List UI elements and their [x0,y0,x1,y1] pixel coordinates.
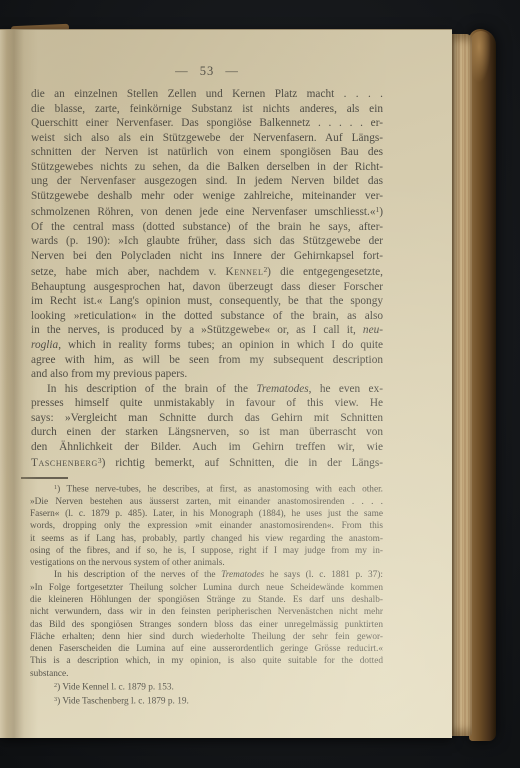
text-line: ung der Nervenfaser ausgezogen sind. In … [31,174,383,189]
footnotes: 1) These nerve-tubes, he describes, at f… [30,482,383,707]
book-cover-edge [469,29,496,741]
text-line: roglia, which in reality forms tubes; an… [31,338,383,353]
text-line: Taschenberg3) richtig bemerkt, auf Schni… [31,454,383,470]
text-line: die blasse, zarte, feinkörnige Substanz … [31,102,383,117]
text-line: says: »Vergleicht man Schnitte durch das… [31,411,383,426]
text-line: 3) Vide Taschenberg l. c. 1879 p. 19. [30,694,383,708]
text-line: schnitten der Nerven ist natürlich von e… [31,145,383,160]
page-number: — 53 — [31,64,383,79]
text-line: Fläche erhalten; denn hier sind durch wi… [30,631,383,643]
text-line: durch einen der starken Längsnerven, so … [31,425,383,440]
text-line: vestigations on the nervous system of ot… [30,557,383,569]
text-line: die an einzelnen Stellen Zellen und Kern… [31,87,383,102]
text-line: in the nerves, is produced by a »Stützge… [31,323,383,338]
text-line: schmolzenen Röhren, von denen jede eine … [31,203,383,219]
text-line: words, dropping only the expression »mit… [30,520,383,532]
text-line: Stützgewebe deshalb mehr oder wenige zah… [31,189,383,204]
text-line: denen Faserscheiden die Lumina auf eine … [30,643,383,655]
text-line: den Ähnlichkeit der Bilder. Auch im Gehi… [31,440,383,455]
text-line: In his description of the nerves of the … [30,569,383,581]
text-line: looking »reticulation« in the dotted sub… [31,309,383,324]
text-line: im Recht ist.« Lang's opinion must, cons… [31,294,383,309]
text-line: wards (p. 190): »Ich glaubte früher, das… [31,234,383,249]
text-line: Fasern« (l. c. 1879 p. 485). Later, in h… [30,508,383,520]
text-line: osing of the fibres, and if so, he is, I… [30,545,383,557]
text-line: substance. [30,668,383,680]
text-line: and also from my previous papers. [31,367,383,382]
text-line: 1) These nerve-tubes, he describes, at f… [30,482,383,496]
text-line: Querschitt einer Nervenfaser. Das spongi… [31,116,383,131]
text-line: »In Folge fortgesetzter Theilung solcher… [30,582,383,594]
text-line: »Die Nerven bestehen aus äusserst zarten… [30,496,383,508]
text-line: nicht verwundern, dass wir in den feinst… [30,606,383,618]
footnote-separator [21,477,68,479]
text-line: 2) Vide Kennel l. c. 1879 p. 153. [30,680,383,694]
text-line: Nerven bei den Polycladen nicht ins Inne… [31,249,383,264]
book-page: — 53 — die an einzelnen Stellen Zellen u… [0,29,452,738]
text-line: In his description of the brain of the T… [31,382,383,397]
book-fore-edge-pages [451,34,472,736]
body-text: die an einzelnen Stellen Zellen und Kern… [31,87,383,471]
text-line: presses himself quite unmistakably in fa… [31,396,383,411]
text-line: die kleineren Höhlungen der spongiösen S… [30,594,383,606]
text-line: This is a description which, in my opini… [30,655,383,667]
text-line: setze, habe mich aber, nachdem v. Kennel… [31,263,383,279]
book-photo: — 53 — die an einzelnen Stellen Zellen u… [0,0,520,768]
text-line: Behauptung ausgesprochen hat, davon über… [31,280,383,295]
text-line: das Bild des spongiösen Stranges sondern… [30,619,383,631]
text-line: Stützgewebes nichts zu sehen, da die Bal… [31,160,383,175]
text-line: agree with him, as will be seen from my … [31,353,383,368]
text-line: weist sich also als ein Stützgewebe der … [31,131,383,146]
text-line: it seems as if Lang has, probably, partl… [30,533,383,545]
text-line: Of the central mass (dotted substance) o… [31,220,383,235]
